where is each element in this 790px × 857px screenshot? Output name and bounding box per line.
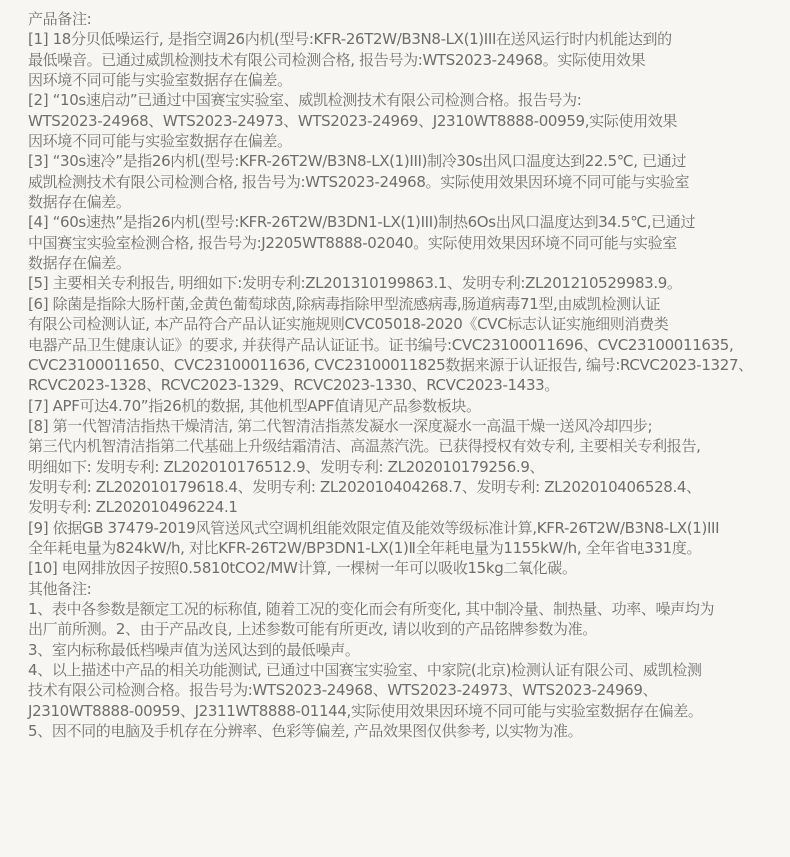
other-note-line: 5、因不同的电脑及手机存在分辨率、色彩等偏差, 产品效果图仅供参考, 以实物为准… — [28, 721, 788, 741]
note-line: [2] “10s速启动”已通过中国赛宝实验室、威凯检测技术有限公司检测合格。报告… — [28, 90, 788, 110]
note-6: [6] 除菌是指除大肠杆菌,金黄色葡萄球茵,除病毒指除甲型流感病毒,肠道病毒71… — [28, 294, 788, 396]
note-line: [6] 除菌是指除大肠杆菌,金黄色葡萄球茵,除病毒指除甲型流感病毒,肠道病毒71… — [28, 294, 788, 314]
note-line: CVC23100011650、CVC23100011636, CVC231000… — [28, 355, 788, 375]
note-line: [8] 第一代智清洁指热干燥清洁, 第二代智清洁指蒸发凝水一深度凝水一高温干燥一… — [28, 416, 788, 436]
note-line: [10] 电网排放因子按照0.5810tCO2/MW计算, 一棵树一年可以吸收1… — [28, 558, 788, 578]
note-line: 威凯检测技术有限公司检测合格, 报告号为:WTS2023-24968。实际使用效… — [28, 172, 788, 192]
note-line: 因环境不同可能与实验室数据存在偏差。 — [28, 70, 788, 90]
product-notes-heading: 产品备注: — [28, 9, 788, 29]
other-note-line: 出厂前所测。2、由于产品改良, 上述参数可能有所更改, 请以收到的产品铭牌参数为… — [28, 619, 788, 639]
other-note-line: 4、以上描述中产品的相关功能测试, 已通过中国赛宝实验室、中家院(北京)检测认证… — [28, 660, 788, 680]
note-5: [5] 主要相关专利报告, 明细如下:发明专利:ZL201310199863.1… — [28, 273, 788, 293]
note-line: 最低噪音。已通过威凯检测技术有限公司检测合格, 报告号为:WTS2023-249… — [28, 50, 788, 70]
note-7: [7] APF可达4.70”指26机的数据, 其他机型APF值请见产品参数板块。 — [28, 396, 788, 416]
note-line: 数据存在偏差。 — [28, 192, 788, 212]
note-line: RCVC2023-1328、RCVC2023-1329、RCVC2023-133… — [28, 375, 788, 395]
other-notes-heading: 其他备注: — [28, 579, 788, 599]
note-line: WTS2023-24968、WTS2023-24973、WTS2023-2496… — [28, 111, 788, 131]
note-4: [4] “60s速热”是指26内机(型号:KFR-26T2W/B3DN1-LX(… — [28, 212, 788, 273]
note-line: 因环境不同可能与实验室数据存在偏差。 — [28, 131, 788, 151]
note-9: [9] 依据GB 37479-2019风管送风式空调机组能效限定值及能效等级标准… — [28, 518, 788, 559]
other-note-line: 3、室内标称最低档噪声值为送风达到的最低噪声。 — [28, 640, 788, 660]
other-note-line: 技术有限公司检测合格。报告号为:WTS2023-24968、WTS2023-24… — [28, 680, 788, 700]
note-line: [7] APF可达4.70”指26机的数据, 其他机型APF值请见产品参数板块。 — [28, 396, 788, 416]
note-line: [4] “60s速热”是指26内机(型号:KFR-26T2W/B3DN1-LX(… — [28, 212, 788, 232]
other-note-1: 1、表中各参数是额定工况的标称值, 随着工况的变化而会有所变化, 其中制冷量、制… — [28, 599, 788, 640]
note-line: 全年耗电量为824kW/h, 对比KFR-26T2W/BP3DN1-LX(1)Ⅱ… — [28, 538, 788, 558]
note-line: 数据存在偏差。 — [28, 253, 788, 273]
other-note-line: J2310WT8888-00959、J2311WT8888-01144,实际使用… — [28, 701, 788, 721]
note-2: [2] “10s速启动”已通过中国赛宝实验室、威凯检测技术有限公司检测合格。报告… — [28, 90, 788, 151]
note-line: [1] 18分贝低噪运行, 是指空调26内机(型号:KFR-26T2W/B3N8… — [28, 29, 788, 49]
note-8: [8] 第一代智清洁指热干燥清洁, 第二代智清洁指蒸发凝水一深度凝水一高温干燥一… — [28, 416, 788, 518]
note-line: [5] 主要相关专利报告, 明细如下:发明专利:ZL201310199863.1… — [28, 273, 788, 293]
note-3: [3] “30s速冷”是指26内机(型号:KFR-26T2W/B3N8-LX(1… — [28, 151, 788, 212]
other-note-line: 1、表中各参数是额定工况的标称值, 随着工况的变化而会有所变化, 其中制冷量、制… — [28, 599, 788, 619]
product-notes-document: 产品备注: [1] 18分贝低噪运行, 是指空调26内机(型号:KFR-26T2… — [28, 9, 788, 741]
note-line: 明细如下: 发明专利: ZL202010176512.9、发明专利: ZL202… — [28, 457, 788, 477]
note-line: 第三代内机智清洁指第二代基础上升级结霜清洁、高温蒸汽洗。已获得授权有效专利, 主… — [28, 436, 788, 456]
note-line: 电器产品卫生健康认证》的要求, 并获得产品认证证书。证书编号:CVC231000… — [28, 335, 788, 355]
note-line: [9] 依据GB 37479-2019风管送风式空调机组能效限定值及能效等级标准… — [28, 518, 788, 538]
note-line: 发明专利: ZL202010179618.4、发明专利: ZL202010404… — [28, 477, 788, 497]
note-line: 中国赛宝实验室检测合格, 报告号为:J2205WT8888-02040。实际使用… — [28, 233, 788, 253]
note-line: 有限公司检测认证, 本产品符合产品认证实施规则CVC05018-2020《CVC… — [28, 314, 788, 334]
other-note-5: 5、因不同的电脑及手机存在分辨率、色彩等偏差, 产品效果图仅供参考, 以实物为准… — [28, 721, 788, 741]
note-10: [10] 电网排放因子按照0.5810tCO2/MW计算, 一棵树一年可以吸收1… — [28, 558, 788, 578]
other-note-3: 3、室内标称最低档噪声值为送风达到的最低噪声。 — [28, 640, 788, 660]
note-line: [3] “30s速冷”是指26内机(型号:KFR-26T2W/B3N8-LX(1… — [28, 151, 788, 171]
note-line: 发明专利: ZL202010496224.1 — [28, 497, 788, 517]
note-1: [1] 18分贝低噪运行, 是指空调26内机(型号:KFR-26T2W/B3N8… — [28, 29, 788, 90]
other-note-4: 4、以上描述中产品的相关功能测试, 已通过中国赛宝实验室、中家院(北京)检测认证… — [28, 660, 788, 721]
